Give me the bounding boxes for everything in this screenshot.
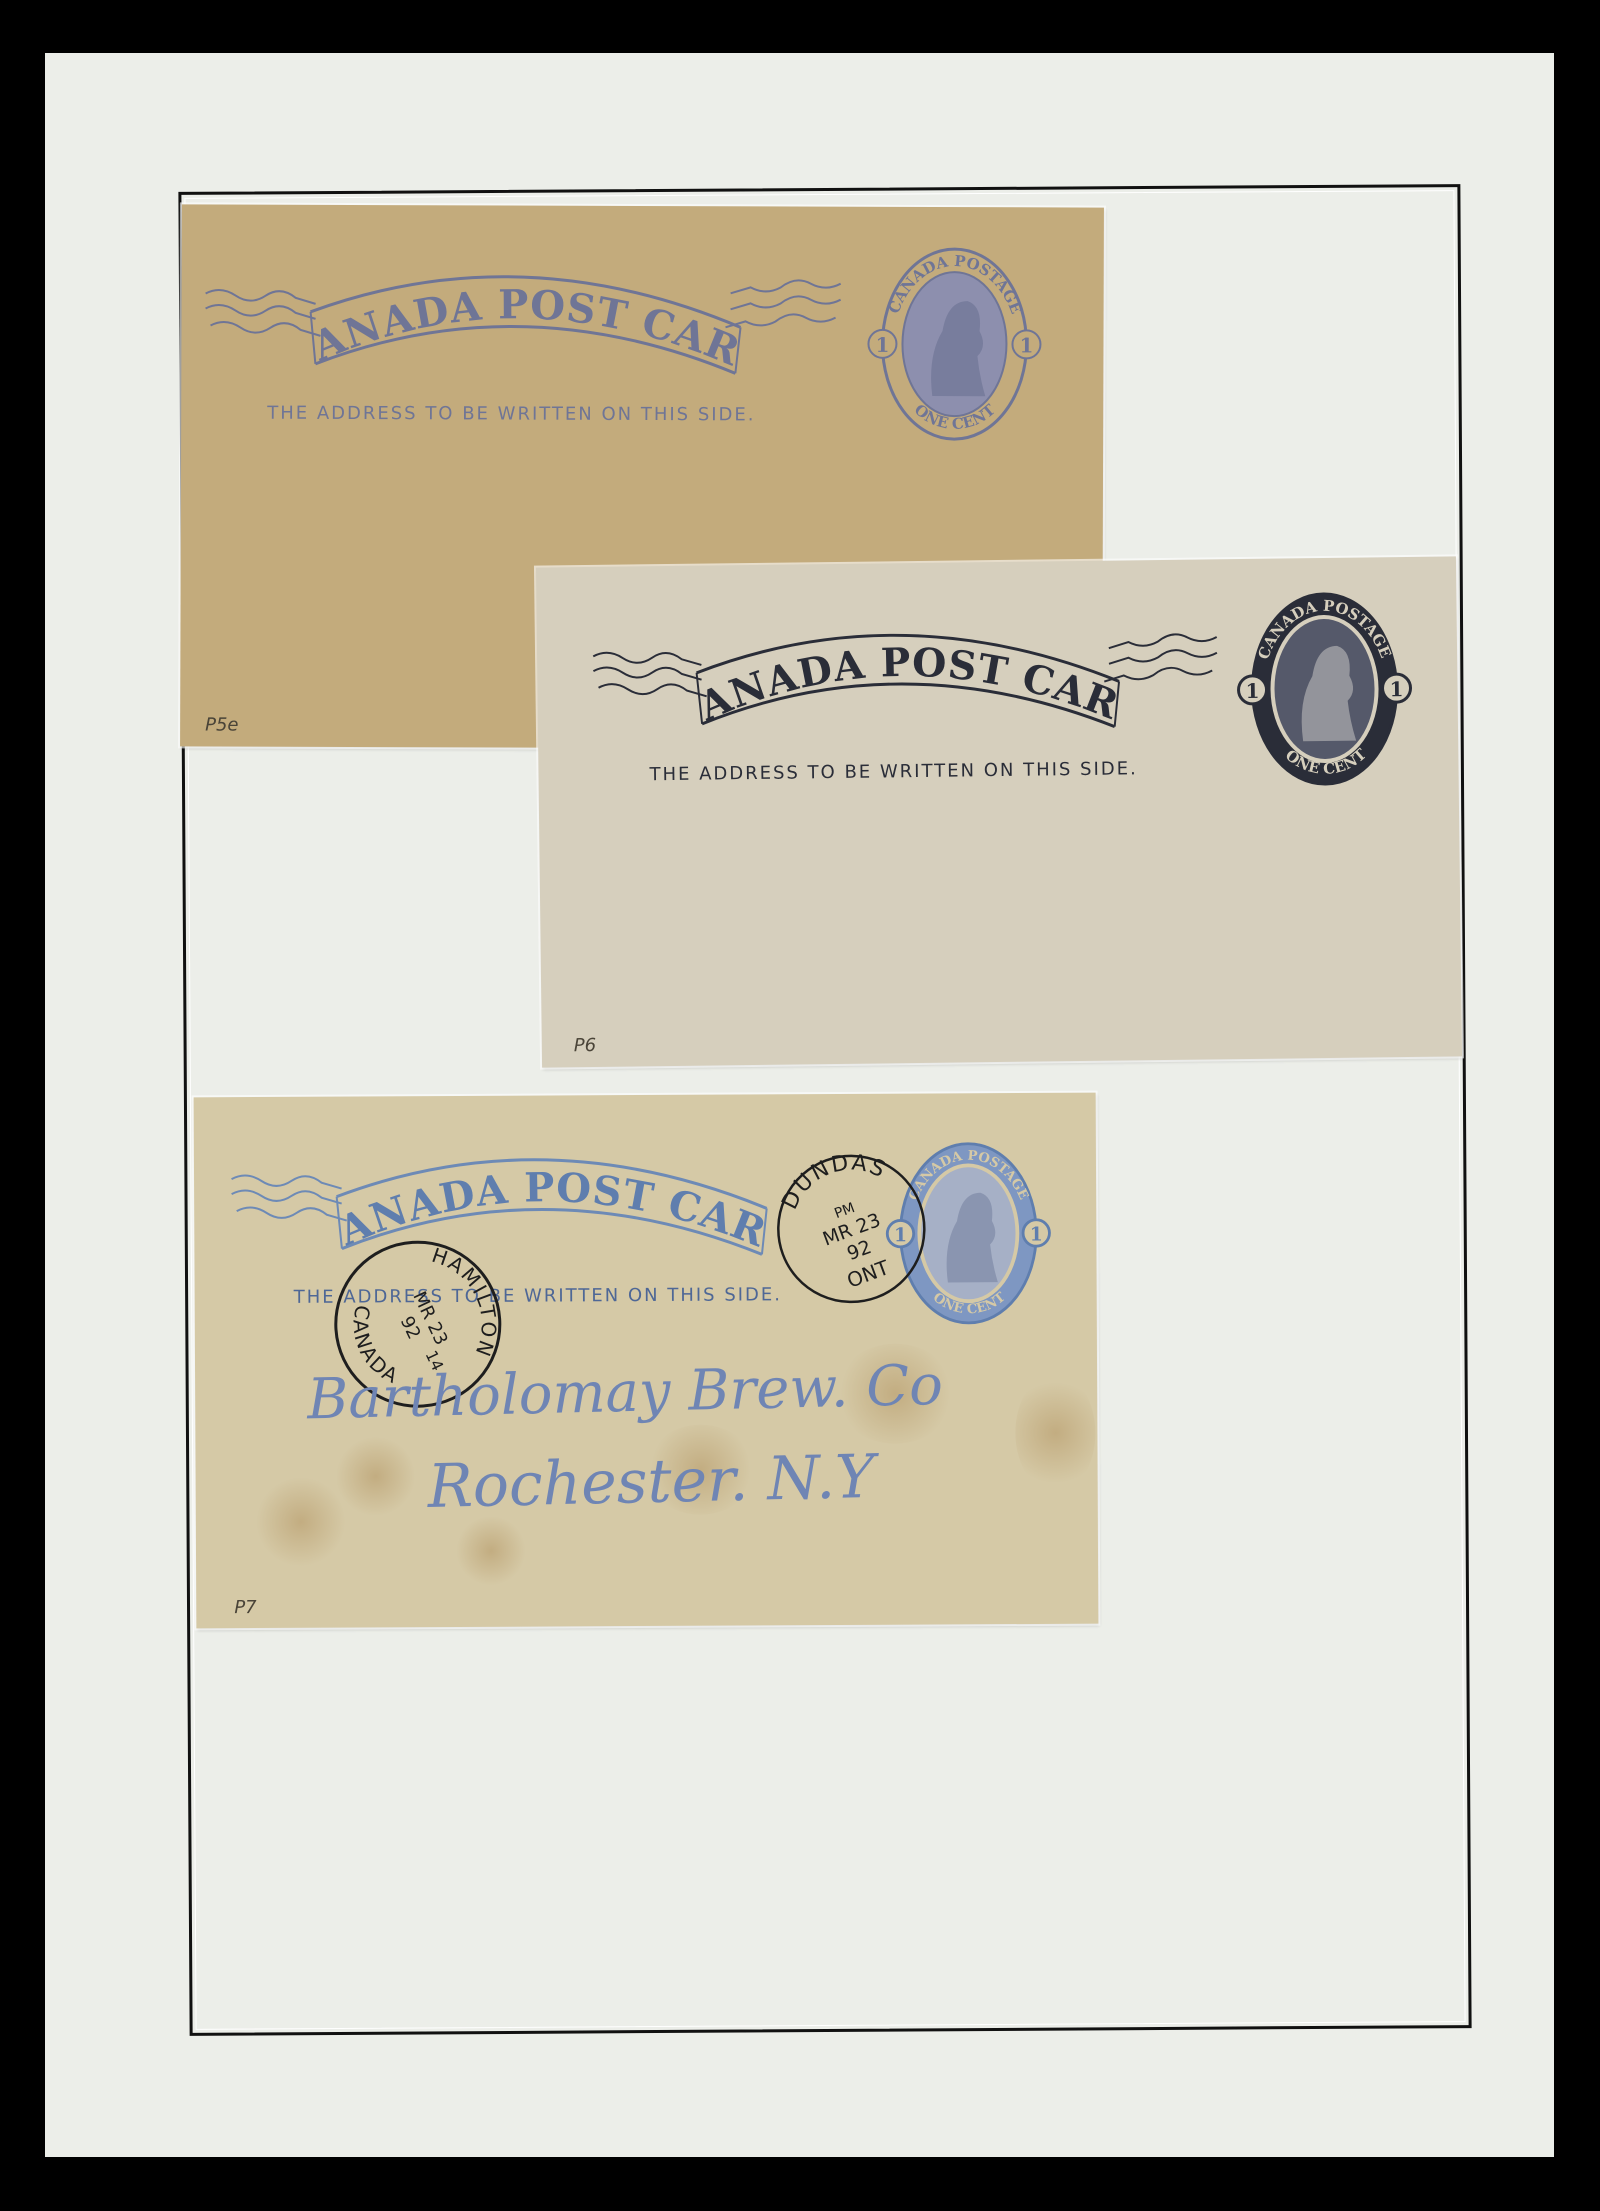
banner-ribbon-icon: CANADA POST CARD [585, 619, 1226, 737]
queen-victoria-stamp-icon: 1 1 CANADA POSTAGE ONE CENT [1236, 590, 1413, 788]
svg-text:1: 1 [1245, 679, 1259, 703]
queen-victoria-stamp-icon: 1 1 CANADA POSTAGE ONE CENT [867, 246, 1043, 443]
svg-text:1: 1 [875, 333, 889, 357]
handwritten-address-line-2: Rochester. N.Y [427, 1442, 876, 1522]
catalog-note: P5e [205, 714, 238, 735]
catalog-note: P6 [574, 1035, 597, 1056]
dundas-postmark-icon: DUNDAS PM MR 23 92 ONT [774, 1152, 930, 1308]
svg-text:1: 1 [1030, 1223, 1043, 1245]
card-title: CANADA POST CARD [570, 584, 1126, 735]
address-instruction: THE ADDRESS TO BE WRITTEN ON THIS SIDE. [649, 758, 1138, 785]
postcard-p7: CANADA POST CARD THE ADDRESS TO BE WRITT… [194, 1093, 1099, 1629]
svg-text:1: 1 [1389, 677, 1403, 701]
svg-text:CANADA POST CARD: CANADA POST CARD [570, 584, 1126, 735]
catalog-note: P7 [234, 1597, 256, 1618]
address-instruction: THE ADDRESS TO BE WRITTEN ON THIS SIDE. [267, 403, 755, 426]
svg-text:1: 1 [1019, 333, 1033, 357]
postcard-p6: CANADA POST CARD THE ADDRESS TO BE WRITT… [536, 556, 1462, 1067]
banner-ribbon-icon: CANADA POST CARD [200, 263, 845, 377]
